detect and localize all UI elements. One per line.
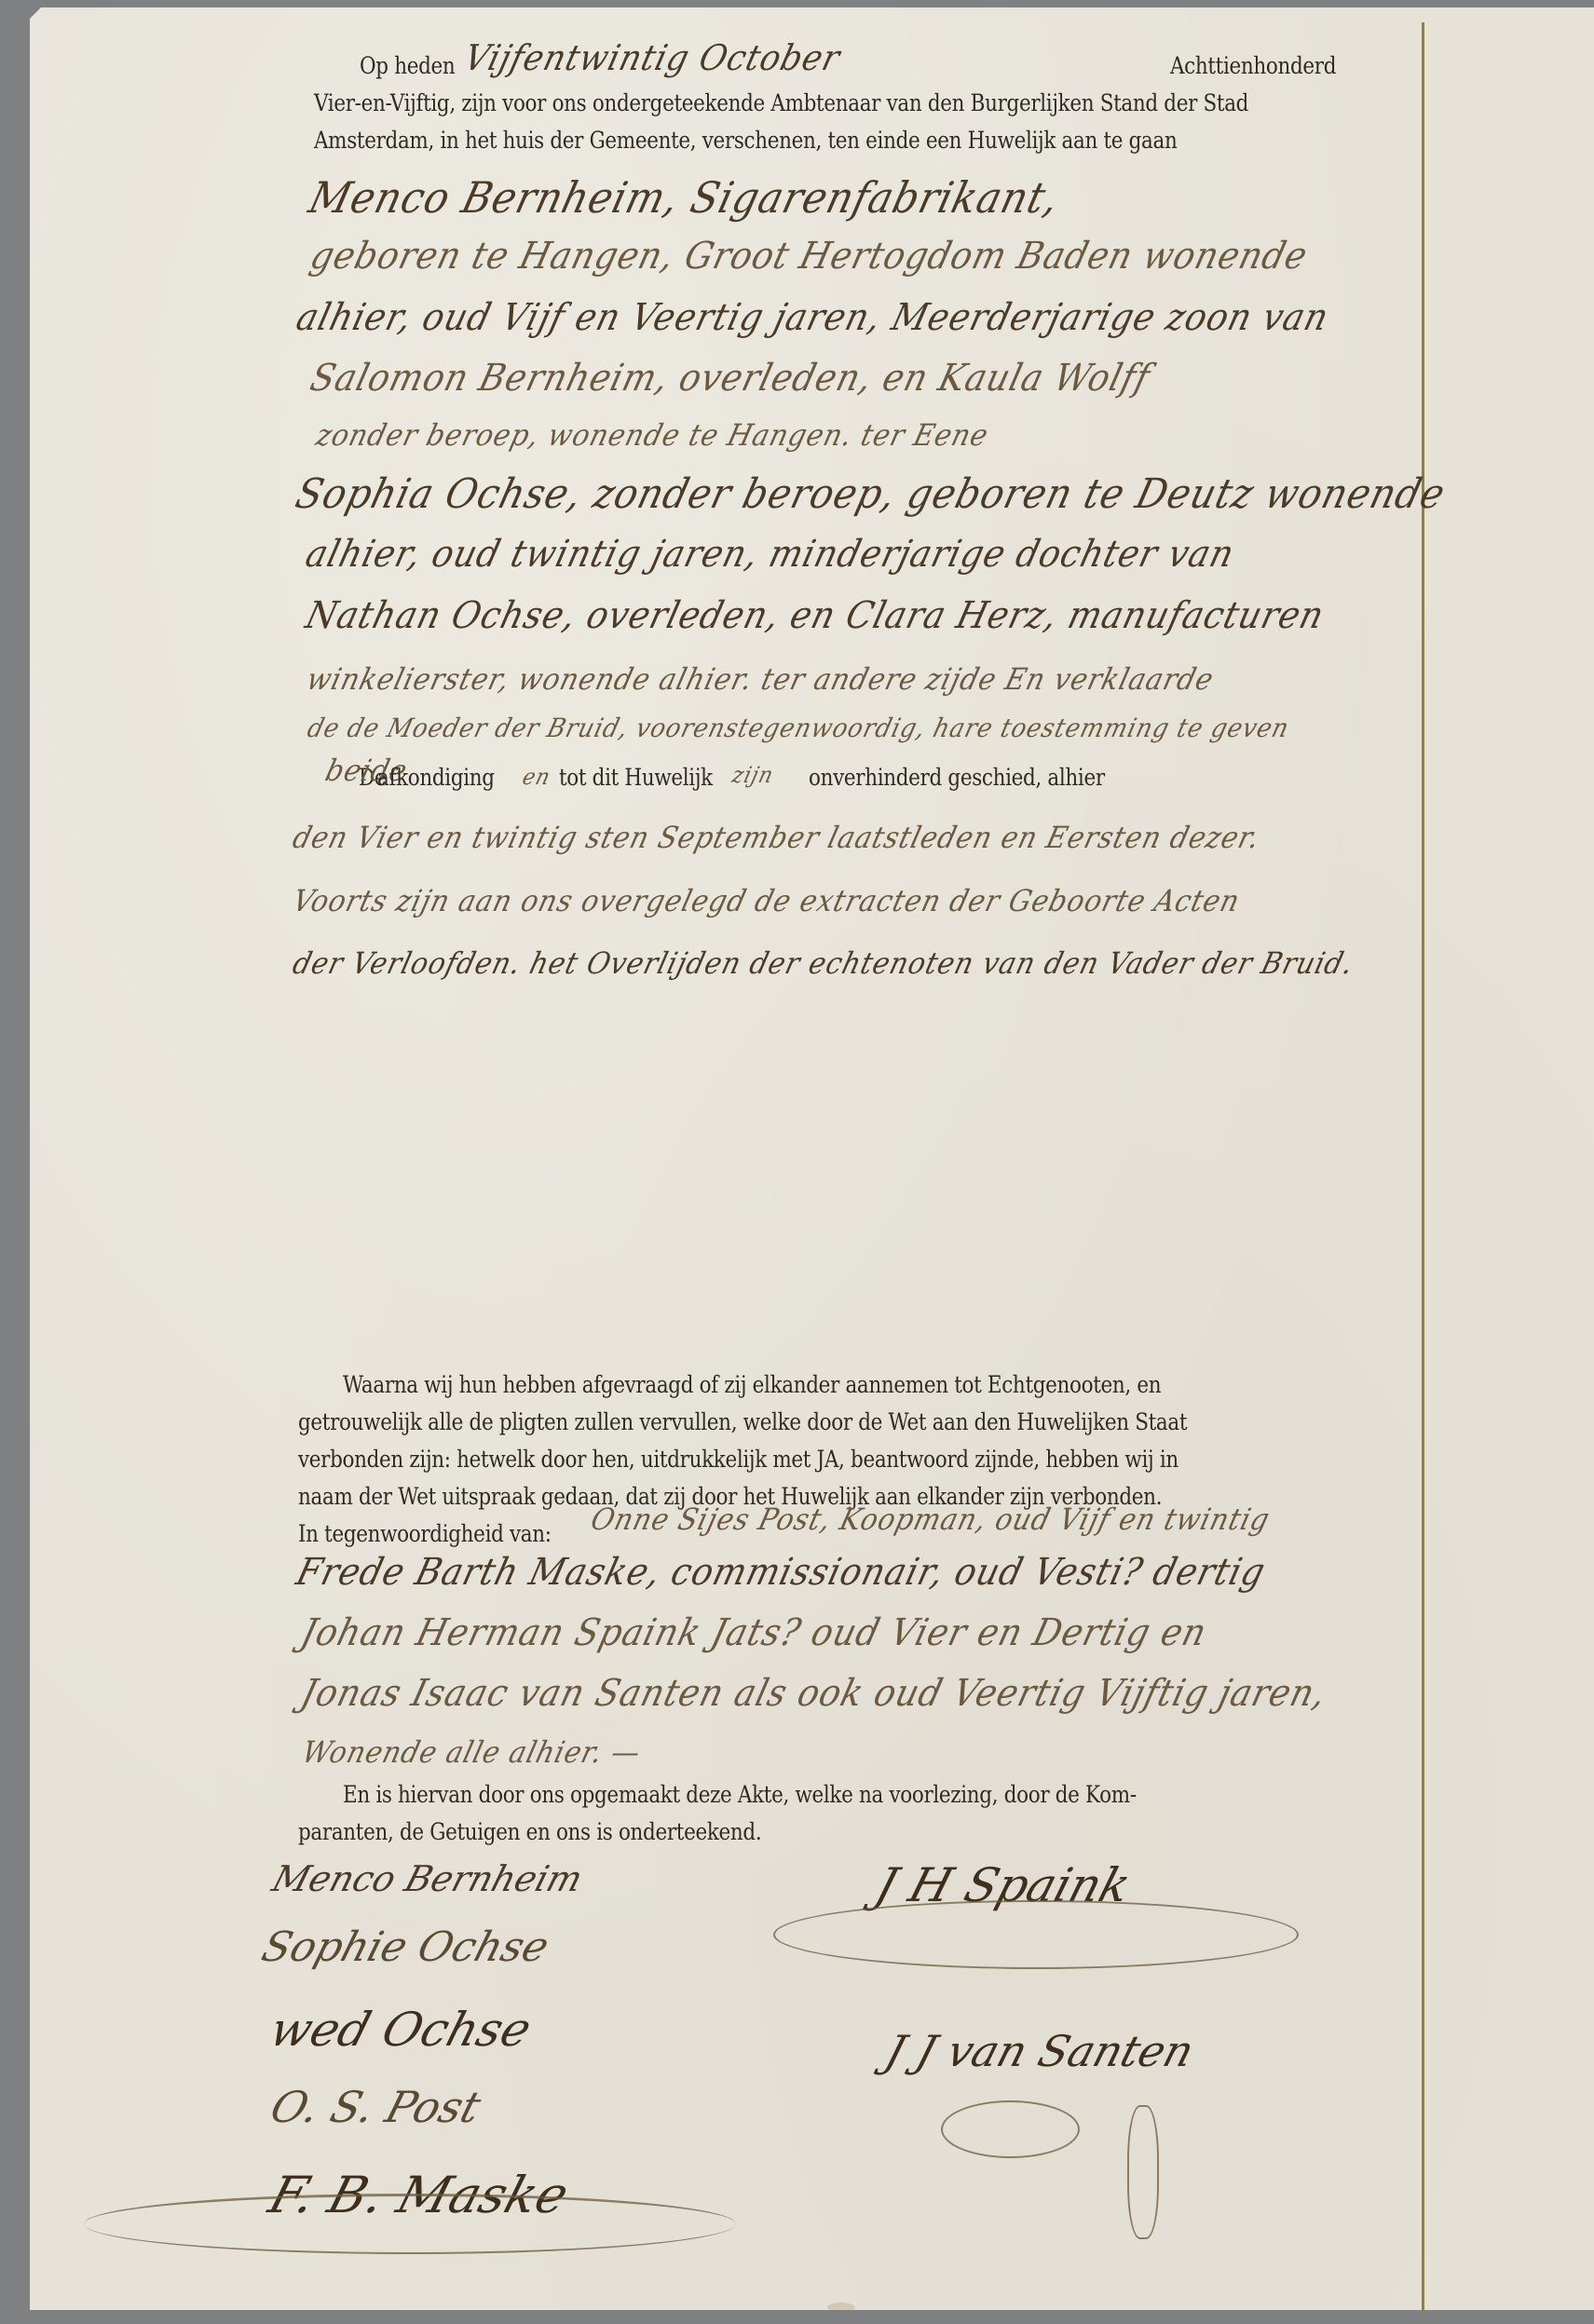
afkondiging-line-3: der Verloofden. het Overlijden der echte… [290, 945, 1358, 981]
printed-line-3: Amsterdam, in het huis der Gemeente, ver… [314, 127, 1178, 154]
printed-waarna-2: getrouwelijk alle de pligten zullen verv… [298, 1408, 1187, 1435]
signature-mother: wed Ochse [264, 2003, 537, 2057]
witness-line-1: Onne Sijes Post, Koopman, oud Vijf en tw… [588, 1502, 1274, 1537]
signature-paraph [1127, 2105, 1159, 2239]
signature-flourish-santen [941, 2100, 1080, 2158]
bride-line-2: alhier, oud twintig jaren, minderjarige … [302, 533, 1239, 576]
printed-tegenwoordigheid: In tegenwoordigheid van: [298, 1520, 552, 1547]
witness-line-2: Frede Barth Maske, commissionair, oud Ve… [293, 1551, 1270, 1594]
afkondiging-line-1: den Vier en twintig sten September laats… [290, 820, 1264, 855]
bride-line-4: winkelierster, wonende alhier. ter ander… [304, 661, 1219, 697]
witness-line-3: Johan Herman Spaink Jats? oud Vier en De… [297, 1611, 1212, 1654]
bride-line-5: de de Moeder der Bruid, voorenstegenwoor… [305, 713, 1293, 743]
printed-op-heden: Op heden [360, 52, 455, 79]
groom-line-2: geboren te Hangen, Groot Hertogdom Baden… [307, 235, 1313, 278]
printed-line-2: Vier-en-Vijftig, zijn voor ons ondergete… [314, 89, 1248, 116]
witness-line-5: Wonende alle alhier. — [299, 1734, 646, 1770]
groom-line-4: Salomon Bernheim, overleden, en Kaula Wo… [307, 357, 1155, 400]
printed-waarna-1: Waarna wij hun hebben afgevraagd of zij … [343, 1371, 1161, 1398]
signature-flourish-spaink [773, 1900, 1299, 1969]
printed-closing-1: En is hiervan door ons opgemaakt deze Ak… [343, 1781, 1137, 1808]
printed-onverhinderd: onverhinderd geschied, alhier [809, 764, 1105, 791]
page-fold-rule [1422, 22, 1424, 2312]
groom-line-5: zonder beroep, wonende te Hangen. ter Ee… [313, 417, 993, 453]
signature-witness-post: O. S. Post [266, 2082, 487, 2132]
witness-line-4: Jonas Isaac van Santen als ook oud Veert… [297, 1672, 1331, 1715]
bride-line-3: Nathan Ochse, overleden, en Clara Herz, … [302, 594, 1329, 637]
signature-bride: Sophie Ochse [256, 1923, 554, 1971]
signature-flourish [84, 2194, 736, 2254]
bride-line-1: Sophia Ochse, zonder beroep, geboren te … [291, 470, 1450, 518]
afkondiging-fill-zijn: zijn [729, 762, 776, 788]
groom-line-1: Menco Bernheim, Sigarenfabrikant, [305, 172, 1065, 223]
printed-closing-2: paranten, de Getuigen en ons is ondertee… [298, 1818, 761, 1845]
ink-stain [827, 2303, 855, 2312]
afkondiging-line-2: Voorts zijn aan ons overgelegd de extrac… [290, 883, 1245, 918]
signature-van-santen: J J van Santen [880, 2026, 1200, 2076]
printed-afkondiging: afkondiging [377, 764, 495, 791]
printed-waarna-3: verbonden zijn: hetwelk door hen, uitdru… [298, 1446, 1178, 1473]
printed-tot-dit-huwelijk: tot dit Huwelijk [559, 764, 713, 791]
handwritten-date: Vijfentwintig October [460, 37, 845, 78]
groom-line-3: alhier, oud Vijf en Veertig jaren, Meerd… [293, 296, 1334, 339]
signature-groom: Menco Bernheim [267, 1858, 587, 1899]
printed-year-start: Achttienhonderd [1170, 52, 1336, 79]
